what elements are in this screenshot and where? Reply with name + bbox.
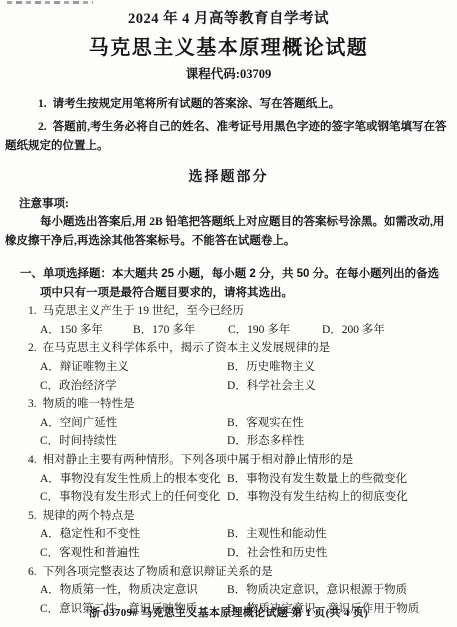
- option-a: A．物质第一性，物质决定意识: [40, 581, 227, 600]
- option-b: B．历史唯物主义: [227, 358, 449, 377]
- question-number: 6.: [28, 566, 37, 578]
- question-stem: 6.下列各项完整表达了物质和意识辩证关系的是: [20, 563, 449, 582]
- option-d: D．科学社会主义: [227, 377, 449, 396]
- instruction-item-1: 1.请考生按规定用笔将所有试题的答案涂、写在答题纸上。: [5, 95, 447, 114]
- question-stem: 5.规律的两个特点是: [20, 507, 449, 526]
- option-c: C．时间持续性: [40, 432, 227, 451]
- notice-title: 注意事项:: [19, 195, 457, 211]
- question-stem: 3.物质的唯一特性是: [20, 395, 449, 414]
- instruction-text: 请考生按规定用笔将所有试题的答案涂、写在答题纸上。: [53, 98, 341, 110]
- options-row: C．事物没有发生形式上的任何变化 D．事物没有发生结构上的彻底变化: [20, 488, 449, 507]
- option-c: C．事物没有发生形式上的任何变化: [40, 488, 227, 507]
- option-b: B．物质决定意识，意识根源于物质: [227, 581, 449, 600]
- option-b: B．客观实在性: [227, 414, 449, 433]
- option-c: C．190 多年: [228, 321, 322, 340]
- question-stem: 4.相对静止主要有两种情形。下列各项中属于相对静止情形的是: [20, 451, 449, 470]
- options-row: A．空间广延性 B．客观实在性: [20, 414, 449, 433]
- question-2: 2.在马克思主义科学体系中，揭示了资本主义发展规律的是 A．辩证唯物主义 B．历…: [20, 339, 449, 395]
- question-4: 4.相对静止主要有两种情形。下列各项中属于相对静止情形的是 A．事物没有发生性质…: [20, 451, 449, 507]
- option-d: D．200 多年: [322, 321, 385, 340]
- options-row: A．物质第一性，物质决定意识 B．物质决定意识，意识根源于物质: [20, 581, 449, 600]
- question-stem: 2.在马克思主义科学体系中，揭示了资本主义发展规律的是: [20, 339, 449, 358]
- options-row: A．辩证唯物主义 B．历史唯物主义: [20, 358, 449, 377]
- notice-body: 每小题选出答案后,用 2B 铅笔把答题纸上对应题目的答案标号涂黑。如需改动,用橡…: [5, 213, 448, 250]
- candidate-instructions: 1.请考生按规定用笔将所有试题的答案涂、写在答题纸上。 2.答题前,考生务必将自…: [0, 95, 457, 156]
- exam-paper-page: 2024 年 4 月高等教育自学考试 马克思主义基本原理概论试题 课程代码:03…: [0, 0, 457, 627]
- option-b: B．170 多年: [133, 321, 228, 340]
- option-a: A．空间广延性: [40, 414, 227, 433]
- question-number: 2.: [28, 342, 37, 354]
- clipped-watermark-fragment: [7, 1, 93, 4]
- options-row: A．事物没有发生性质上的根本变化 B．事物没有发生数量上的些微变化: [20, 470, 449, 489]
- question-number: 5.: [28, 510, 37, 522]
- option-b: B．事物没有发生数量上的些微变化: [227, 470, 449, 489]
- options-row: A．150 多年 B．170 多年 C．190 多年 D．200 多年: [20, 321, 449, 340]
- question-3: 3.物质的唯一特性是 A．空间广延性 B．客观实在性 C．时间持续性 D．形态多…: [20, 395, 449, 451]
- option-d: D．事物没有发生结构上的彻底变化: [227, 488, 449, 507]
- question-stem: 1.马克思主义产生于 19 世纪，至今已经历: [20, 302, 449, 321]
- notice-block: 注意事项: 每小题选出答案后,用 2B 铅笔把答题纸上对应题目的答案标号涂黑。如…: [0, 195, 457, 250]
- question-number: 1.: [28, 305, 37, 317]
- exam-session-title: 2024 年 4 月高等教育自学考试: [0, 7, 457, 28]
- section-title: 选择题部分: [0, 166, 457, 186]
- question-text: 下列各项完整表达了物质和意识辩证关系的是: [43, 566, 273, 578]
- instruction-number: 2.: [38, 121, 47, 133]
- option-d: D．社会性和历史性: [227, 544, 449, 563]
- question-section: 一、单项选择题：本大题共 25 小题，每小题 2 分，共 50 分。在每小题列出…: [20, 265, 449, 618]
- option-c: C．客观性和普遍性: [40, 544, 227, 563]
- question-text: 规律的两个特点是: [43, 510, 135, 522]
- question-number: 3.: [28, 398, 37, 410]
- options-row: C．政治经济学 D．科学社会主义: [20, 377, 449, 396]
- exam-header: 2024 年 4 月高等教育自学考试 马克思主义基本原理概论试题 课程代码:03…: [0, 7, 457, 82]
- instruction-text: 答题前,考生务必将自己的姓名、准考证号用黑色字迹的签字笔或钢笔填写在答题纸规定的…: [5, 121, 447, 152]
- question-text: 马克思主义产生于 19 世纪，至今已经历: [43, 305, 244, 317]
- question-5: 5.规律的两个特点是 A．稳定性和不变性 B．主观性和能动性 C．客观性和普遍性…: [20, 507, 449, 563]
- question-text: 在马克思主义科学体系中，揭示了资本主义发展规律的是: [43, 342, 331, 354]
- question-text: 物质的唯一特性是: [43, 398, 135, 410]
- option-a: A．150 多年: [40, 321, 133, 340]
- question-text: 相对静止主要有两种情形。下列各项中属于相对静止情形的是: [43, 454, 354, 466]
- option-a: A．辩证唯物主义: [40, 358, 227, 377]
- exam-title: 马克思主义基本原理概论试题: [0, 31, 457, 60]
- question-number: 4.: [28, 454, 37, 466]
- option-a: A．事物没有发生性质上的根本变化: [40, 470, 227, 489]
- option-d: D．形态多样性: [227, 432, 449, 451]
- option-c: C．政治经济学: [40, 377, 227, 396]
- part-one-heading: 一、单项选择题：本大题共 25 小题，每小题 2 分，共 50 分。在每小题列出…: [20, 265, 449, 302]
- instruction-number: 1.: [38, 98, 47, 110]
- instruction-item-2: 2.答题前,考生务必将自己的姓名、准考证号用黑色字迹的签字笔或钢笔填写在答题纸规…: [5, 118, 447, 156]
- option-a: A．稳定性和不变性: [40, 525, 227, 544]
- option-b: B．主观性和能动性: [227, 525, 449, 544]
- options-row: C．时间持续性 D．形态多样性: [20, 432, 449, 451]
- page-footer: 浙 03709# 马克思主义基本原理概论试题 第 1 页(共 4 页): [0, 604, 457, 620]
- course-code: 课程代码:03709: [0, 64, 457, 82]
- options-row: C．客观性和普遍性 D．社会性和历史性: [20, 544, 449, 563]
- options-row: A．稳定性和不变性 B．主观性和能动性: [20, 525, 449, 544]
- question-1: 1.马克思主义产生于 19 世纪，至今已经历 A．150 多年 B．170 多年…: [20, 302, 449, 339]
